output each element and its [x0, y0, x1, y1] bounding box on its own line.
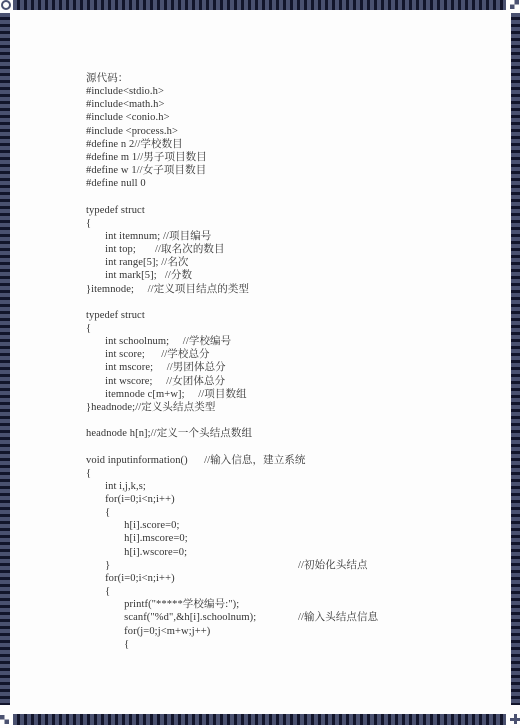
inline-comment-right: //输入头结点信息 — [298, 611, 378, 624]
code-line: }itemnode; //定义项目结点的类型 — [86, 283, 506, 296]
code-line — [86, 190, 506, 203]
code-line: int range[5]; //名次 — [86, 256, 506, 269]
code-line — [86, 414, 506, 427]
code-line: #include <conio.h> — [86, 111, 506, 124]
code-line: { — [86, 638, 506, 651]
code-line: h[i].wscore=0; — [86, 546, 506, 559]
code-line: headnode h[n];//定义一个头结点数组 — [86, 427, 506, 440]
code-block: 源代码：#include<stdio.h>#include<math.h>#in… — [86, 72, 506, 651]
document-page: 源代码：#include<stdio.h>#include<math.h>#in… — [0, 0, 520, 728]
frame-bottom-band — [13, 714, 506, 725]
code-line — [86, 296, 506, 309]
code-line: }//初始化头结点 — [86, 559, 506, 572]
code-line: int mark[5]; //分数 — [86, 269, 506, 282]
code-line: int wscore; //女团体总分 — [86, 375, 506, 388]
corner-ring-icon — [1, 0, 11, 10]
code-line: for(i=0;i<n;i++) — [86, 493, 506, 506]
code-line: { — [86, 322, 506, 335]
code-line: void inputinformation() //输入信息，建立系统 — [86, 454, 506, 467]
code-line: typedef struct — [86, 309, 506, 322]
code-line: int schoolnum; //学校编号 — [86, 335, 506, 348]
corner-cross-icon — [510, 714, 520, 724]
code-line: { — [86, 467, 506, 480]
frame-left-band — [0, 13, 10, 705]
code-line: scanf("%d",&h[i].schoolnum);//输入头结点信息 — [86, 611, 506, 624]
code-line: itemnode c[m+w]; //项目数组 — [86, 388, 506, 401]
code-line: printf("*****学校编号:"); — [86, 598, 506, 611]
code-line: #define null 0 — [86, 177, 506, 190]
code-line: #define m 1//男子项目数目 — [86, 151, 506, 164]
code-line: #define n 2//学校数目 — [86, 138, 506, 151]
code-line: int mscore; //男团体总分 — [86, 361, 506, 374]
code-line: h[i].mscore=0; — [86, 532, 506, 545]
inline-comment-right: //初始化头结点 — [298, 559, 368, 572]
corner-checker-icon — [510, 0, 519, 9]
code-line: { — [86, 217, 506, 230]
code-line — [86, 440, 506, 453]
code-line: #include<math.h> — [86, 98, 506, 111]
code-line: }headnode;//定义头结点类型 — [86, 401, 506, 414]
code-line: int i,j,k,s; — [86, 480, 506, 493]
code-line: int score; //学校总分 — [86, 348, 506, 361]
code-line: typedef struct — [86, 204, 506, 217]
code-line: int itemnum; //项目编号 — [86, 230, 506, 243]
code-line: for(i=0;i<n;i++) — [86, 572, 506, 585]
code-line: { — [86, 585, 506, 598]
frame-right-band — [511, 13, 520, 705]
code-line: #define w 1//女子项目数目 — [86, 164, 506, 177]
code-line: int top; //取名次的数目 — [86, 243, 506, 256]
code-line: 源代码： — [86, 72, 506, 85]
code-line: #include <process.h> — [86, 125, 506, 138]
frame-top-band — [13, 0, 506, 10]
code-line: { — [86, 506, 506, 519]
corner-checker-icon — [0, 715, 9, 724]
code-line: #include<stdio.h> — [86, 85, 506, 98]
code-line: h[i].score=0; — [86, 519, 506, 532]
code-line: for(j=0;j<m+w;j++) — [86, 625, 506, 638]
